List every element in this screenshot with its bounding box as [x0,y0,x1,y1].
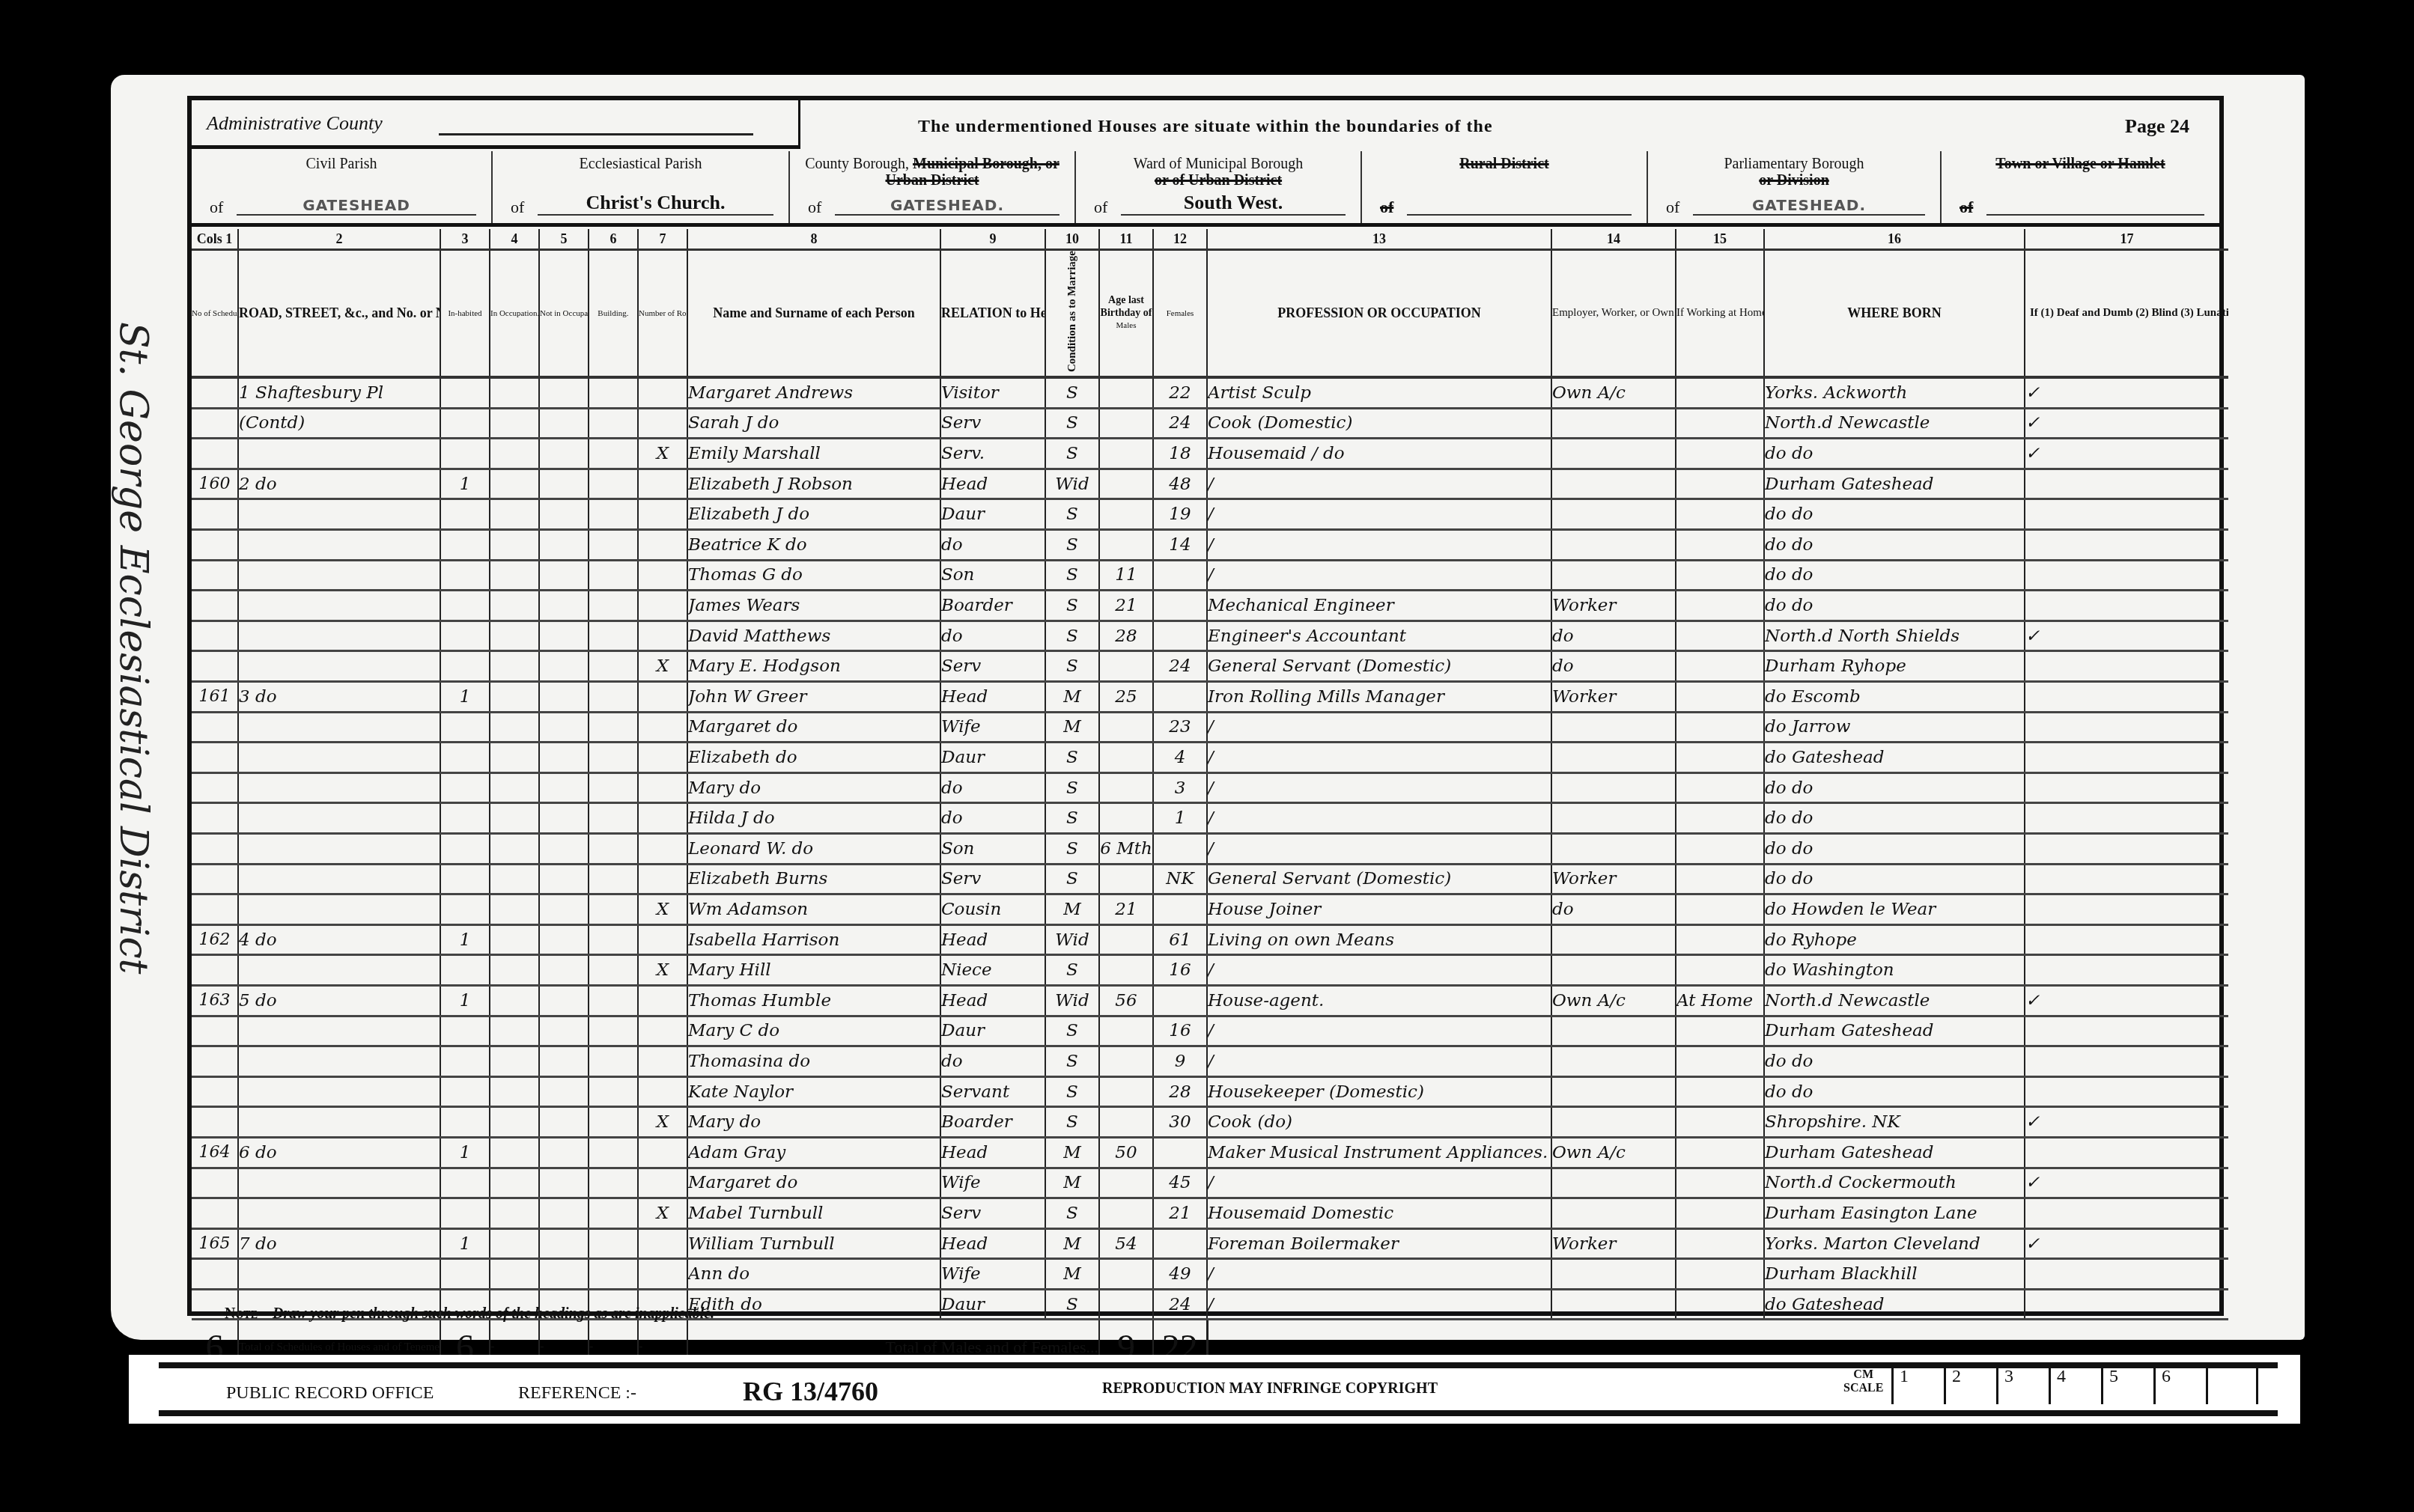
rooms-mark [638,530,687,561]
building [589,408,638,439]
working-at-home [1676,955,1764,986]
inhabited-count [440,1046,490,1077]
relation-to-head: Serv [940,1198,1045,1229]
road-or-house: 4 do [238,924,440,955]
infirmity-mark [2025,833,2228,864]
col-num: 8 [687,229,940,250]
schedule-number [192,560,238,591]
marital-condition: S [1045,1198,1099,1229]
male-age: 54 [1099,1228,1153,1259]
building [589,772,638,803]
birthplace: do do [1764,591,2025,621]
of-label: of [210,198,223,217]
occupation: Artist Sculp [1207,377,1551,408]
relation-to-head: Daur [940,743,1045,773]
working-at-home [1676,439,1764,469]
marital-condition: S [1045,591,1099,621]
road-or-house [238,1168,440,1198]
birthplace: North.d Newcastle [1764,408,2025,439]
inhabited-count [440,1107,490,1138]
occupation: / [1207,1016,1551,1046]
in-occupation [490,894,539,925]
employment-status [1551,408,1676,439]
rooms-mark [638,1046,687,1077]
marital-condition: Wid [1045,469,1099,499]
male-age [1099,864,1153,894]
rooms-mark [638,1137,687,1168]
working-at-home [1676,1046,1764,1077]
inhabited-count [440,530,490,561]
of-label: of [1094,198,1107,217]
occupation: Housemaid / do [1207,439,1551,469]
rooms-mark [638,1016,687,1046]
working-at-home [1676,469,1764,499]
occupation: / [1207,530,1551,561]
table-row: XMary doBoarderS30Cook (do)Shropshire. N… [192,1107,2228,1138]
male-age [1099,499,1153,530]
not-in-occupation [539,408,589,439]
road-or-house [238,1107,440,1138]
ward-cell: Ward of Municipal Boroughor of Urban Dis… [1076,151,1362,223]
birthplace: do do [1764,560,2025,591]
table-row: Thomas G doSonS11/do do [192,560,2228,591]
building [589,1168,638,1198]
rural-district-struck: Rural District [1459,156,1548,172]
not-in-occupation [539,499,589,530]
person-name: David Matthews [687,621,940,651]
person-name: Elizabeth J do [687,499,940,530]
road-or-house [238,591,440,621]
person-name: Adam Gray [687,1137,940,1168]
rooms-mark [638,682,687,713]
male-age [1099,1016,1153,1046]
infirmity-mark [2025,1076,2228,1107]
birthplace: do Ryhope [1764,924,2025,955]
occupation: / [1207,955,1551,986]
in-occupation [490,591,539,621]
schedule-number [192,621,238,651]
table-row: 1624 do1Isabella HarrisonHeadWid61Living… [192,924,2228,955]
female-age [1153,1137,1207,1168]
col-num: 12 [1153,229,1207,250]
not-in-occupation [539,560,589,591]
table-row: XMary HillNieceS16/do Washington [192,955,2228,986]
birthplace: Yorks. Ackworth [1764,377,2025,408]
not-in-occupation [539,377,589,408]
rooms-mark [638,377,687,408]
cm-scale: 1 2 3 4 5 6 [1891,1362,2258,1404]
female-age [1153,1228,1207,1259]
schedule-number [192,743,238,773]
not-in-occupation [539,591,589,621]
col-num: 4 [490,229,539,250]
inhabited-count: 1 [440,1137,490,1168]
working-at-home [1676,894,1764,925]
not-in-occupation [539,864,589,894]
female-age: 48 [1153,469,1207,499]
in-occupation [490,1137,539,1168]
schedule-number: 160 [192,469,238,499]
building [589,499,638,530]
building [589,1137,638,1168]
occupation: General Servant (Domestic) [1207,651,1551,682]
marital-condition: S [1045,743,1099,773]
relation-to-head: Boarder [940,591,1045,621]
working-at-home [1676,591,1764,621]
employment-status [1551,1259,1676,1290]
female-age: 1 [1153,803,1207,834]
rooms-mark [638,621,687,651]
building [589,1046,638,1077]
road-or-house [238,772,440,803]
female-age: 14 [1153,530,1207,561]
in-occupation [490,924,539,955]
table-row: Thomasina dodoS9/do do [192,1046,2228,1077]
schedule-number [192,1076,238,1107]
working-at-home [1676,1228,1764,1259]
col-num: 3 [440,229,490,250]
employment-status [1551,803,1676,834]
not-in-occupation [539,772,589,803]
employment-status [1551,439,1676,469]
heading-building: Building. [589,250,638,378]
relation-to-head: Head [940,469,1045,499]
person-name: Isabella Harrison [687,924,940,955]
column-number-row: Cols 1 2 3 4 5 6 7 8 9 10 11 12 13 14 15… [192,229,2228,250]
occupation: Housemaid Domestic [1207,1198,1551,1229]
ward-value: South West. [1121,192,1346,216]
not-in-occupation [539,530,589,561]
ecclesiastical-parish-cell: Ecclesiastical Parish of Christ's Church… [493,151,790,223]
working-at-home [1676,651,1764,682]
building [589,743,638,773]
employment-status [1551,1107,1676,1138]
inhabited-count [440,408,490,439]
not-in-occupation [539,1259,589,1290]
not-in-occupation [539,985,589,1016]
building [589,682,638,713]
road-or-house [238,955,440,986]
building [589,530,638,561]
scale-label-scale: SCALE [1843,1382,1883,1394]
employment-status [1551,499,1676,530]
schedule-number [192,772,238,803]
female-age [1153,833,1207,864]
road-or-house [238,1016,440,1046]
col-num: 15 [1676,229,1764,250]
building [589,439,638,469]
male-age: 11 [1099,560,1153,591]
infirmity-mark [2025,955,2228,986]
parliamentary-borough-struck: or Division [1759,172,1829,189]
male-age [1099,1289,1153,1320]
in-occupation [490,439,539,469]
employment-status [1551,1198,1676,1229]
rooms-mark: X [638,1198,687,1229]
female-age: NK [1153,864,1207,894]
rooms-mark [638,985,687,1016]
infirmity-mark [2025,591,2228,621]
civil-parish-value: GATESHEAD [237,196,476,216]
schedule-number [192,1198,238,1229]
birthplace: Durham Ryhope [1764,651,2025,682]
heading-age-group: Age last Birthday of [1100,294,1152,320]
infirmity-mark [2025,772,2228,803]
inhabited-count [440,1168,490,1198]
table-row: 1635 do1Thomas HumbleHeadWid56House-agen… [192,985,2228,1016]
marital-condition: S [1045,560,1099,591]
person-name: Thomas Humble [687,985,940,1016]
marital-condition: M [1045,712,1099,743]
table-row: 1613 do1John W GreerHeadM25Iron Rolling … [192,682,2228,713]
schedule-number: 164 [192,1137,238,1168]
page-number: Page 24 [2125,115,2189,138]
in-occupation [490,803,539,834]
female-age: 21 [1153,1198,1207,1229]
relation-to-head: Serv [940,864,1045,894]
marital-condition: M [1045,682,1099,713]
employment-status [1551,1289,1676,1320]
infirmity-mark [2025,1046,2228,1077]
infirmity-mark [2025,560,2228,591]
schedule-number [192,591,238,621]
not-in-occupation [539,1228,589,1259]
road-or-house [238,1259,440,1290]
relation-to-head: Head [940,682,1045,713]
heading-males: Age last Birthday ofMales [1099,250,1153,378]
col-num: Cols 1 [192,229,238,250]
female-age [1153,621,1207,651]
in-occupation [490,621,539,651]
occupation: House Joiner [1207,894,1551,925]
archive-reference-strip: PUBLIC RECORD OFFICE REFERENCE :- RG 13/… [129,1355,2300,1424]
person-name: Elizabeth Burns [687,864,940,894]
schedule-number [192,955,238,986]
person-name: Edith do [687,1289,940,1320]
table-row: 1602 do1Elizabeth J RobsonHeadWid48/Durh… [192,469,2228,499]
marital-condition: S [1045,439,1099,469]
table-row: Elizabeth doDaurS4/do Gateshead [192,743,2228,773]
col-num: 9 [940,229,1045,250]
in-occupation [490,1168,539,1198]
not-in-occupation [539,833,589,864]
relation-to-head: do [940,621,1045,651]
heading-where-born: WHERE BORN [1764,250,2025,378]
inhabited-count [440,1259,490,1290]
marital-condition: S [1045,377,1099,408]
infirmity-mark: ✓ [2025,1228,2228,1259]
inhabited-count [440,651,490,682]
schedule-number [192,712,238,743]
road-or-house: 7 do [238,1228,440,1259]
inhabited-count [440,743,490,773]
inhabited-count [440,377,490,408]
working-at-home [1676,772,1764,803]
infirmity-mark [2025,1259,2228,1290]
col-num: 2 [238,229,440,250]
rooms-mark: X [638,955,687,986]
employment-status [1551,560,1676,591]
rural-district-value [1407,214,1632,216]
rooms-mark [638,1168,687,1198]
marital-condition: S [1045,833,1099,864]
employment-status: Worker [1551,591,1676,621]
col-num: 17 [2025,229,2228,250]
person-name: Elizabeth J Robson [687,469,940,499]
schedule-number: 161 [192,682,238,713]
marital-condition: M [1045,1137,1099,1168]
working-at-home [1676,408,1764,439]
birthplace: Durham Blackhill [1764,1259,2025,1290]
road-or-house [238,560,440,591]
not-in-occupation [539,894,589,925]
road-or-house [238,621,440,651]
scale-mark: 4 [2049,1362,2101,1404]
person-name: Mary Hill [687,955,940,986]
rooms-mark [638,499,687,530]
employment-status [1551,712,1676,743]
birthplace: do do [1764,1046,2025,1077]
occupation: Housekeeper (Domestic) [1207,1076,1551,1107]
infirmity-mark: ✓ [2025,1107,2228,1138]
female-age: 4 [1153,743,1207,773]
marital-condition: M [1045,1168,1099,1198]
in-occupation [490,1046,539,1077]
county-borough-struck: Municipal Borough, or Urban District [886,156,1059,189]
schedule-number [192,1259,238,1290]
marital-condition: S [1045,1046,1099,1077]
person-name: Elizabeth do [687,743,940,773]
employment-status [1551,833,1676,864]
relation-to-head: Son [940,833,1045,864]
parliamentary-borough-cell: Parliamentary Boroughor Division of GATE… [1648,151,1942,223]
building [589,924,638,955]
scale-label: CMSCALE [1843,1368,1883,1395]
road-or-house [238,1076,440,1107]
parliamentary-borough-value: GATESHEAD. [1693,196,1925,216]
working-at-home [1676,1289,1764,1320]
not-in-occupation [539,955,589,986]
male-age [1099,1046,1153,1077]
marital-condition: S [1045,408,1099,439]
heading-rooms: Number of Rooms occupied if less than fi… [638,250,687,378]
heading-condition-text: Condition as to Marriage [1066,251,1079,372]
male-age [1099,1259,1153,1290]
occupation: Iron Rolling Mills Manager [1207,682,1551,713]
in-occupation [490,712,539,743]
infirmity-mark [2025,530,2228,561]
working-at-home [1676,1137,1764,1168]
inhabited-count [440,1016,490,1046]
working-at-home [1676,1168,1764,1198]
birthplace: do do [1764,772,2025,803]
inhabited-count: 1 [440,985,490,1016]
not-in-occupation [539,712,589,743]
schedule-number [192,499,238,530]
working-at-home [1676,499,1764,530]
not-in-occupation [539,743,589,773]
male-age [1099,955,1153,986]
inhabited-count [440,499,490,530]
birthplace: Durham Gateshead [1764,1016,2025,1046]
schedule-number [192,833,238,864]
infirmity-mark [2025,1289,2228,1320]
working-at-home [1676,1198,1764,1229]
infirmity-mark: ✓ [2025,985,2228,1016]
male-age [1099,439,1153,469]
schedule-number [192,408,238,439]
col-num: 11 [1099,229,1153,250]
birthplace: Durham Easington Lane [1764,1198,2025,1229]
occupation: Living on own Means [1207,924,1551,955]
in-occupation [490,743,539,773]
female-age: 18 [1153,439,1207,469]
copyright-warning: REPRODUCTION MAY INFRINGE COPYRIGHT [1102,1380,1438,1397]
person-name: Hilda J do [687,803,940,834]
employment-status [1551,772,1676,803]
of-label: of [808,198,821,217]
person-name: Margaret Andrews [687,377,940,408]
schedule-number: 162 [192,924,238,955]
birthplace: do Gateshead [1764,743,2025,773]
schedule-number [192,1168,238,1198]
table-row: Elizabeth J doDaurS19/do do [192,499,2228,530]
marital-condition: S [1045,1107,1099,1138]
infirmity-mark [2025,803,2228,834]
schedule-number: 165 [192,1228,238,1259]
female-age: 24 [1153,1289,1207,1320]
instruction-note: Note—Draw your pen through such words of… [225,1305,714,1323]
relation-to-head: Serv. [940,439,1045,469]
occupation: / [1207,1168,1551,1198]
relation-to-head: do [940,530,1045,561]
col-num: 5 [539,229,589,250]
working-at-home [1676,924,1764,955]
public-record-office-label: PUBLIC RECORD OFFICE [226,1383,434,1403]
marital-condition: S [1045,1289,1099,1320]
inhabited-count: 1 [440,469,490,499]
person-name: Mary do [687,772,940,803]
person-name: Emily Marshall [687,439,940,469]
person-name: Mabel Turnbull [687,1198,940,1229]
ecclesiastical-parish-label: Ecclesiastical Parish [493,156,788,172]
reference-label: REFERENCE :- [518,1383,636,1403]
table-row: David MatthewsdoS28Engineer's Accountant… [192,621,2228,651]
not-in-occupation [539,469,589,499]
administrative-county-box: Administrative County [192,100,800,149]
birthplace: do do [1764,864,2025,894]
relation-to-head: Cousin [940,894,1045,925]
building [589,469,638,499]
male-age [1099,1198,1153,1229]
birthplace: Durham Gateshead [1764,1137,2025,1168]
rooms-mark [638,560,687,591]
not-in-occupation [539,1016,589,1046]
inhabited-count [440,621,490,651]
infirmity-mark [2025,864,2228,894]
rooms-mark: X [638,894,687,925]
col-num: 13 [1207,229,1551,250]
table-row: (Contd)Sarah J doServS24Cook (Domestic)N… [192,408,2228,439]
relation-to-head: Serv [940,408,1045,439]
male-age: 56 [1099,985,1153,1016]
rooms-mark [638,924,687,955]
table-row: Mary C doDaurS16/Durham Gateshead [192,1016,2228,1046]
table-row: XEmily MarshallServ.S18Housemaid / dodo … [192,439,2228,469]
table-row: 1646 do1Adam GrayHeadM50Maker Musical In… [192,1137,2228,1168]
employment-status: Worker [1551,682,1676,713]
table-row: XMabel TurnbullServS21Housemaid Domestic… [192,1198,2228,1229]
